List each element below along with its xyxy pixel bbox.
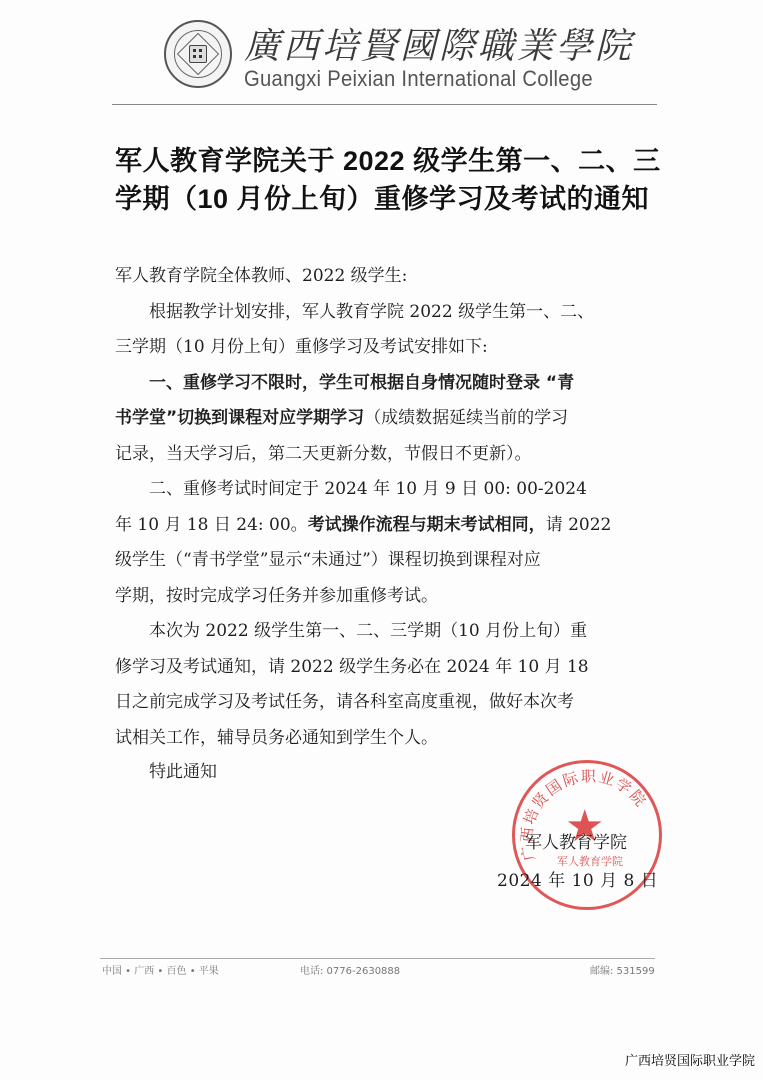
- header-divider: [112, 104, 657, 105]
- body-line: 一、重修学习不限时，学生可根据自身情况随时登录 “青: [115, 366, 665, 402]
- footer-address: 中国 • 广西 • 百色 • 平果: [102, 962, 219, 977]
- body-text: 请 2022: [546, 515, 612, 535]
- body-line: 记录，当天学习后，第二天更新分数，节假日不更新）。: [115, 437, 665, 473]
- body-line: 年 10 月 18 日 24: 00。考试操作流程与期末考试相同，请 2022: [115, 508, 665, 544]
- document-page: 廣西培賢國際職業學院 Guangxi Peixian International…: [0, 0, 763, 1080]
- letterhead: 廣西培賢國際職業學院 Guangxi Peixian International…: [160, 18, 610, 98]
- signature-organization: 军人教育学院: [525, 828, 627, 853]
- body-line: 根据教学计划安排，军人教育学院 2022 级学生第一、二、: [115, 295, 665, 331]
- title-line-1: 军人教育学院关于 2022 级学生第一、二、三: [115, 142, 675, 180]
- body-text-bold: 书学堂”切换到课程对应学期学习: [115, 408, 364, 428]
- footer-postcode: 邮编: 531599: [590, 962, 655, 977]
- body-line: 三学期（10 月份上旬）重修学习及考试安排如下:: [115, 330, 665, 366]
- title-line-2: 学期（10 月份上旬）重修学习及考试的通知: [115, 180, 675, 218]
- document-title: 军人教育学院关于 2022 级学生第一、二、三 学期（10 月份上旬）重修学习及…: [115, 142, 675, 218]
- body-text-bold: 考试操作流程与期末考试相同，: [308, 515, 546, 535]
- body-line: 级学生（“青书学堂”显示“未通过”）课程切换到课程对应: [115, 543, 665, 579]
- college-name-chinese: 廣西培賢國際職業學院: [244, 18, 634, 69]
- document-body: 军人教育学院全体教师、2022 级学生: 根据教学计划安排，军人教育学院 202…: [115, 259, 665, 756]
- footer-phone: 电话: 0776-2630888: [300, 962, 400, 977]
- body-line: 试相关工作，辅导员务必通知到学生个人。: [115, 721, 665, 757]
- image-caption: 广西培贤国际职业学院: [625, 1050, 755, 1069]
- body-line: 本次为 2022 级学生第一、二、三学期（10 月份上旬）重: [115, 614, 665, 650]
- college-name-english: Guangxi Peixian International College: [244, 66, 593, 92]
- footer-divider: [100, 958, 655, 959]
- body-line: 日之前完成学习及考试任务，请各科室高度重视，做好本次考: [115, 685, 665, 721]
- salutation: 军人教育学院全体教师、2022 级学生:: [115, 259, 665, 295]
- college-seal-icon: [164, 20, 232, 88]
- body-line: 学期，按时完成学习任务并参加重修考试。: [115, 579, 665, 615]
- signature-date: 2024 年 10 月 8 日: [497, 866, 658, 891]
- body-text: （成绩数据延续当前的学习: [364, 408, 568, 428]
- body-line: 二、重修考试时间定于 2024 年 10 月 9 日 00: 00-2024: [115, 472, 665, 508]
- body-text: 年 10 月 18 日 24: 00。: [115, 515, 308, 535]
- body-line: 修学习及考试通知，请 2022 级学生务必在 2024 年 10 月 18: [115, 650, 665, 686]
- closing-remark: 特此通知: [149, 757, 217, 782]
- body-line: 书学堂”切换到课程对应学期学习（成绩数据延续当前的学习: [115, 401, 665, 437]
